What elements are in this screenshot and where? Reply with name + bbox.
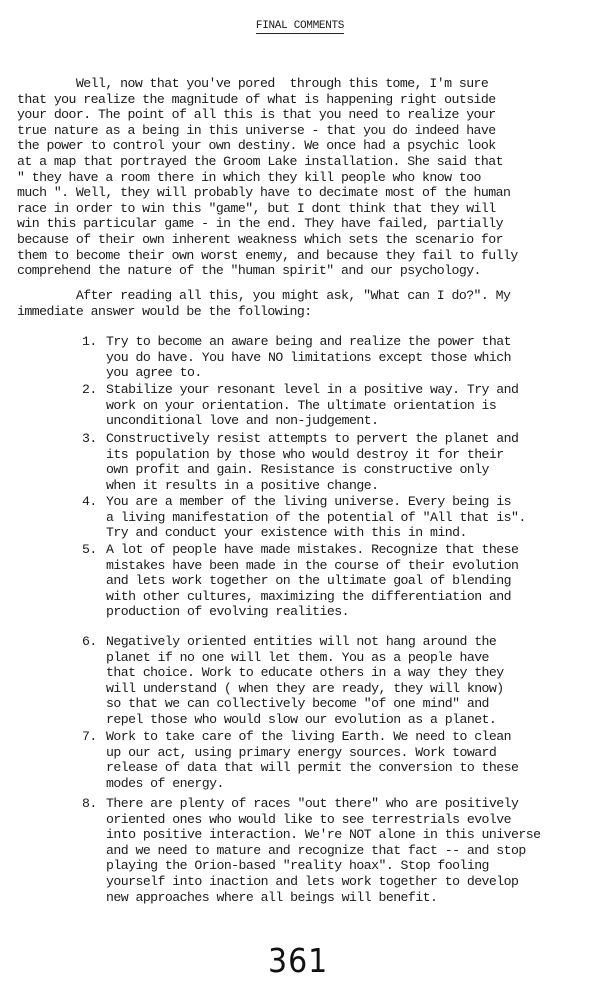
list-item-number: 5. [82,542,97,558]
list-item-text: Work to take care of the living Earth. W… [106,729,518,791]
list-item-text: You are a member of the living universe.… [106,494,526,541]
list-item-number: 2. [82,382,97,398]
list-item-text: A lot of people have made mistakes. Reco… [106,542,518,620]
document-page: FINAL COMMENTS Well, now that you've por… [0,0,600,983]
list-item-number: 8. [82,796,97,812]
list-item-text: There are plenty of races "out there" wh… [106,796,540,905]
list-item-number: 1. [82,334,97,350]
list-item-text: Negatively oriented entities will not ha… [106,634,504,728]
list-item-number: 6. [82,634,97,650]
title-text: FINAL COMMENTS [256,20,344,34]
list-item-text: Constructively resist attempts to perver… [106,431,518,493]
question-paragraph: After reading all this, you might ask, "… [17,288,587,319]
page-number: 361 [268,942,328,981]
list-item-text: Try to become an aware being and realize… [106,334,511,381]
list-item-number: 4. [82,494,97,510]
list-item-text: Stabilize your resonant level in a posit… [106,382,518,429]
page-title: FINAL COMMENTS [0,20,600,32]
list-item-number: 7. [82,729,97,745]
intro-paragraph: Well, now that you've pored through this… [17,76,587,279]
list-item-number: 3. [82,431,97,447]
